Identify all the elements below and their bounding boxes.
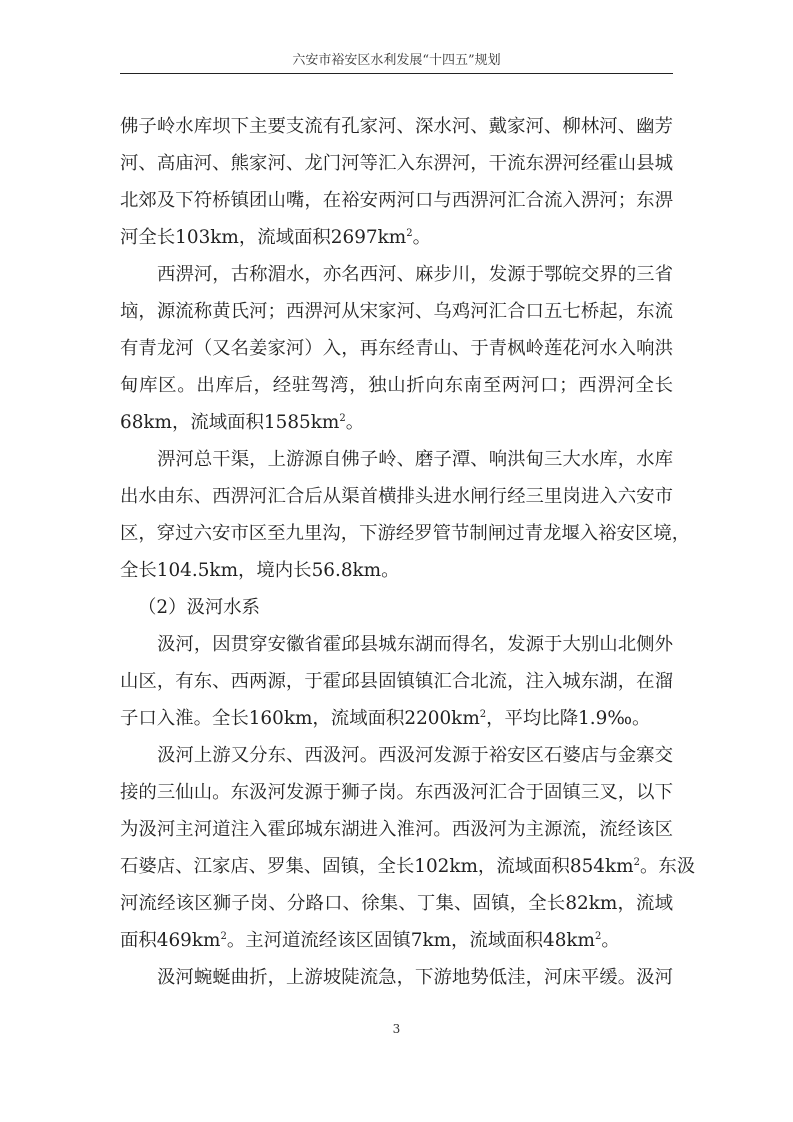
- running-header: 六安市裕安区水利发展“十四五”规划: [120, 49, 673, 68]
- paragraph-dongpi-tributaries: 佛子岭水库坝下主要支流有孔家河、深水河、戴家河、柳林河、幽芳 河、高庙河、熊家河…: [120, 108, 673, 256]
- text-line: 石婆店、江家店、罗集、固镇，全长102km，流域面积854km2。东汲: [120, 848, 673, 885]
- text-line: 山区，有东、西两源，于霍邱县固镇镇汇合北流，注入城东湖，在溜: [120, 663, 673, 700]
- text-line: 河流经该区狮子岗、分路口、徐集、丁集、固镇，全长82km，流域: [120, 885, 673, 922]
- text-line: 汲河蜿蜒曲折，上游坡陡流急，下游地势低洼，河床平缓。汲河: [120, 959, 673, 996]
- paragraph-xipi-river: 西淠河，古称湄水，亦名西河、麻步川，发源于鄂皖交界的三省 垴，源流称黄氏河；西淠…: [120, 256, 673, 441]
- paragraph-jihe-upstream: 汲河上游又分东、西汲河。西汲河发源于裕安区石婆店与金寨交 接的三仙山。东汲河发源…: [120, 737, 673, 959]
- text-line: 有青龙河（又名姜家河）入，再东经青山、于青枫岭莲花河水入响洪: [120, 330, 673, 367]
- text-line: 垴，源流称黄氏河；西淠河从宋家河、乌鸡河汇合口五七桥起，东流: [120, 293, 673, 330]
- text-line: 河、高庙河、熊家河、龙门河等汇入东淠河，干流东淠河经霍山县城: [120, 145, 673, 182]
- text-line: 区，穿过六安市区至九里沟，下游经罗管节制闸过青龙堰入裕安区境，: [120, 515, 673, 552]
- body-text: 佛子岭水库坝下主要支流有孔家河、深水河、戴家河、柳林河、幽芳 河、高庙河、熊家河…: [120, 108, 673, 996]
- text-line: 68km，流域面积1585km2。: [120, 404, 673, 441]
- text-line: 为汲河主河道注入霍邱城东湖进入淮河。西汲河为主源流，流经该区: [120, 811, 673, 848]
- paragraph-jihe-river: 汲河，因贯穿安徽省霍邱县城东湖而得名，发源于大别山北侧外 山区，有东、西两源，于…: [120, 626, 673, 737]
- text-line: 全长104.5km，境内长56.8km。: [120, 552, 673, 589]
- text-line: 佛子岭水库坝下主要支流有孔家河、深水河、戴家河、柳林河、幽芳: [120, 108, 673, 145]
- text-line: 面积469km2。主河道流经该区固镇7km，流域面积48km2。: [120, 922, 673, 959]
- text-line: 甸库区。出库后，经驻驾湾，独山折向东南至两河口；西淠河全长: [120, 367, 673, 404]
- text-line: 淠河总干渠，上游源自佛子岭、磨子潭、响洪甸三大水库，水库: [120, 441, 673, 478]
- text-line: 汲河上游又分东、西汲河。西汲河发源于裕安区石婆店与金寨交: [120, 737, 673, 774]
- page-number: 3: [0, 1022, 793, 1036]
- text-line: 出水由东、西淠河汇合后从渠首横排头进水闸行经三里岗进入六安市: [120, 478, 673, 515]
- paragraph-jihe-meander: 汲河蜿蜒曲折，上游坡陡流急，下游地势低洼，河床平缓。汲河: [120, 959, 673, 996]
- section-heading-jihe-system: （2）汲河水系: [120, 589, 673, 626]
- text-line: 子口入淮。全长160km，流域面积2200km2，平均比降1.9‰。: [120, 700, 673, 737]
- text-line: 北郊及下符桥镇团山嘴，在裕安两河口与西淠河汇合流入淠河；东淠: [120, 182, 673, 219]
- text-line: 汲河，因贯穿安徽省霍邱县城东湖而得名，发源于大别山北侧外: [120, 626, 673, 663]
- text-line: 西淠河，古称湄水，亦名西河、麻步川，发源于鄂皖交界的三省: [120, 256, 673, 293]
- paragraph-pihe-main-canal: 淠河总干渠，上游源自佛子岭、磨子潭、响洪甸三大水库，水库 出水由东、西淠河汇合后…: [120, 441, 673, 589]
- text-line: 接的三仙山。东汲河发源于狮子岗。东西汲河汇合于固镇三叉，以下: [120, 774, 673, 811]
- header-rule: [120, 73, 673, 74]
- text-line: 河全长103km，流域面积2697km2。: [120, 219, 673, 256]
